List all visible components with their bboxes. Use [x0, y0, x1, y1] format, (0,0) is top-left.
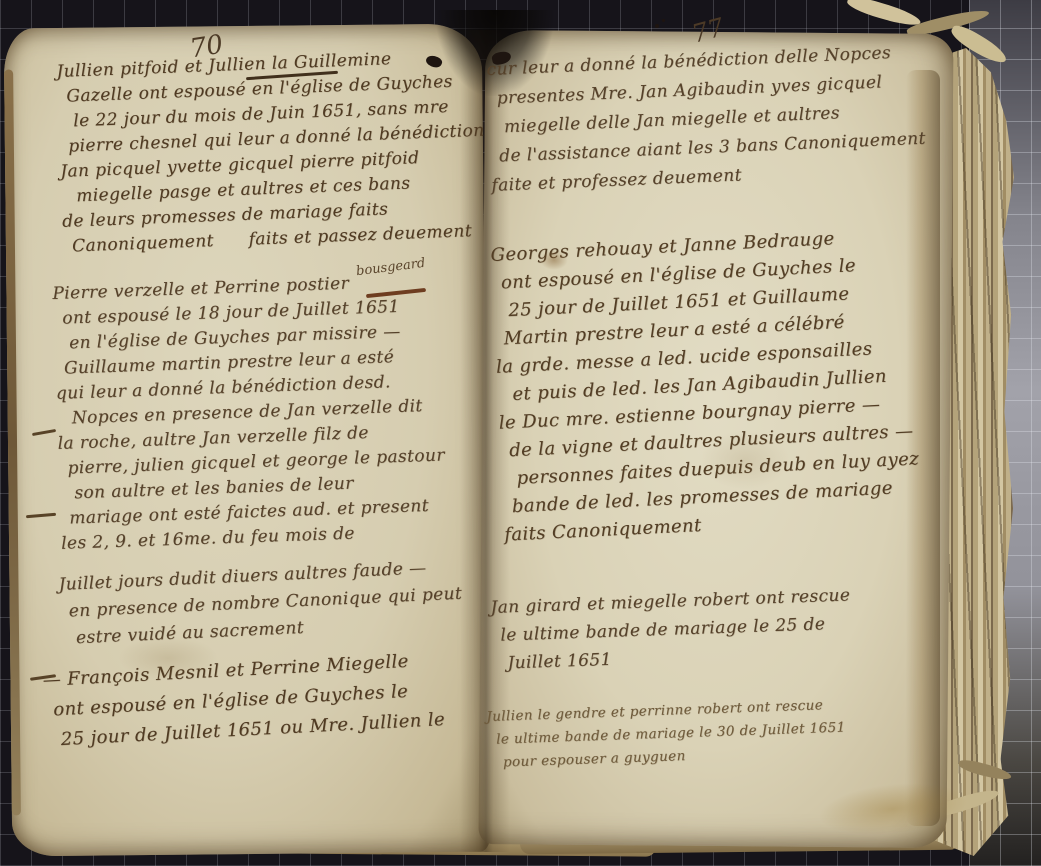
ink-blot: [655, 24, 659, 28]
record-paragraph: Pierre verzelle et Perrine postier ont e…: [52, 269, 448, 557]
record-paragraph: Jan girard et miegelle robert ont rescue…: [490, 581, 853, 678]
manuscript-photo: 70 77 Jullien pitfoid et Jullien la Guil…: [0, 0, 1041, 866]
ink-blot: [662, 19, 665, 22]
record-paragraph: Jullien le gendre et perrinne robert ont…: [486, 693, 847, 774]
record-paragraph: cur leur a donné la bénédiction delle No…: [486, 38, 928, 201]
record-paragraph: Georges rehouay et Janne Bedrauge ont es…: [490, 222, 922, 550]
